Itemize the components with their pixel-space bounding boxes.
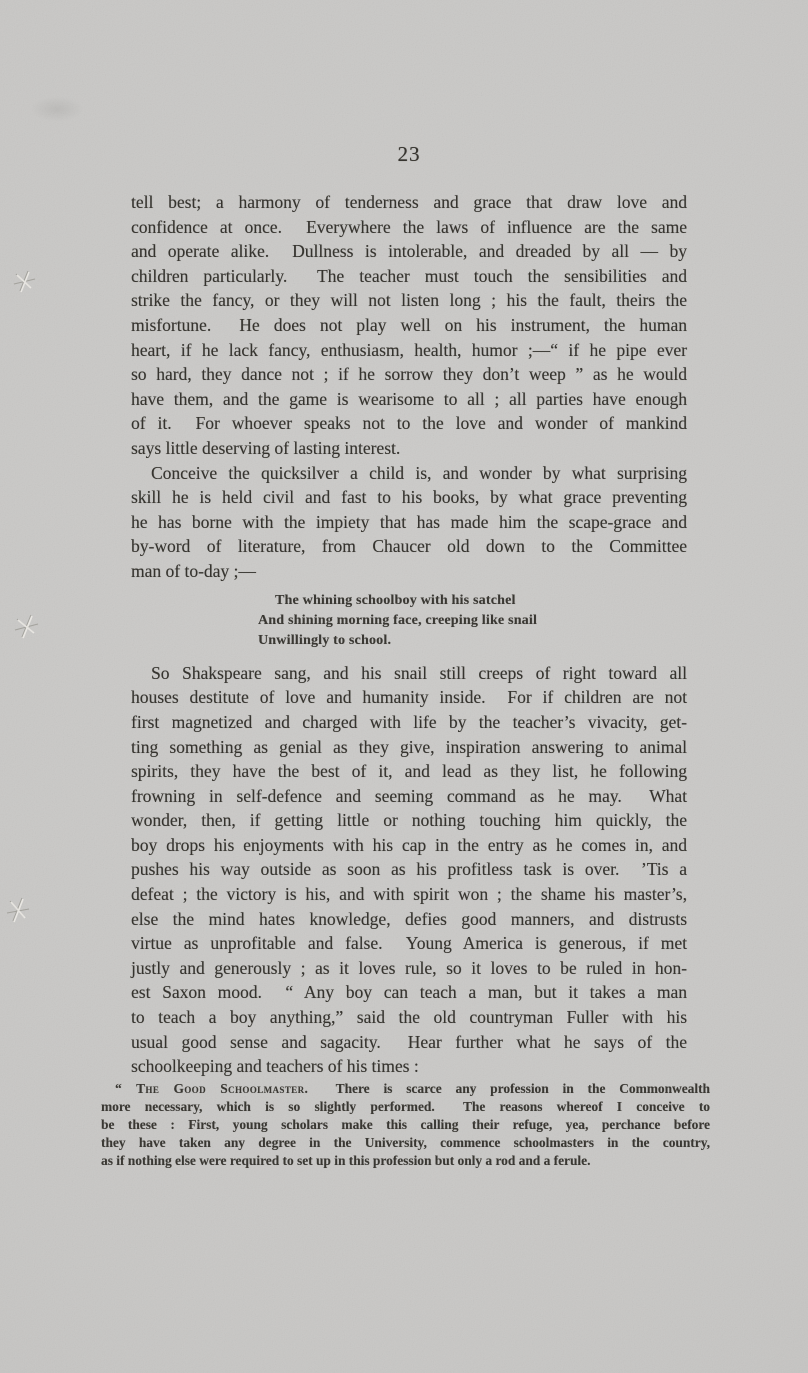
text-line: heart, if he lack fancy, enthusiasm, hea… [131, 338, 687, 363]
footnote-line: they have taken any degree in the Univer… [101, 1134, 710, 1152]
text-line: defeat ; the victory is his, and with sp… [131, 882, 687, 907]
text-line: and operate alike. Dullness is intolerab… [131, 239, 687, 264]
text-line: else the mind hates knowledge, defies go… [131, 907, 687, 932]
footnote-line: as if nothing else were required to set … [101, 1152, 710, 1170]
text-line: And shining morning face, creeping like … [258, 611, 687, 631]
paragraph: tell best; a harmony of tenderness and g… [131, 190, 687, 461]
text-line: skill he is held civil and fast to his b… [131, 485, 687, 510]
text-line: ting something as genial as they give, i… [131, 735, 687, 760]
text-line: So Shakspeare sang, and his snail still … [131, 661, 687, 686]
text-line: he has borne with the impiety that has m… [131, 510, 687, 535]
text-line: pushes his way outside as soon as his pr… [131, 857, 687, 882]
text-line: tell best; a harmony of tenderness and g… [131, 190, 687, 215]
paper-crease-mark [5, 894, 33, 931]
text-line: spirits, they have the best of it, and l… [131, 759, 687, 784]
text-line: so hard, they dance not ; if he sorrow t… [131, 362, 687, 387]
text-line: of it. For whoever speaks not to the lov… [131, 411, 687, 436]
text-line: by-word of literature, from Chaucer old … [131, 534, 687, 559]
text-line: est Saxon mood. “ Any boy can teach a ma… [131, 980, 687, 1005]
text-block: tell best; a harmony of tenderness and g… [131, 190, 687, 1079]
paragraph: So Shakspeare sang, and his snail still … [131, 661, 687, 1079]
footnote-heading: “ The Good Schoolmaster. [115, 1081, 308, 1096]
paper-crease-mark [13, 610, 41, 647]
text-line: children particularly. The teacher must … [131, 264, 687, 289]
text-line: boy drops his enjoyments with his cap in… [131, 833, 687, 858]
text-line: wonder, then, if getting little or nothi… [131, 808, 687, 833]
text-line: schoolkeeping and teachers of his times … [131, 1054, 687, 1079]
footnote-line: more necessary, which is so slightly per… [101, 1098, 710, 1116]
text-line: virtue as unprofitable and false. Young … [131, 931, 687, 956]
paper-smudge [22, 92, 92, 126]
text-line: first magnetized and charged with life b… [131, 710, 687, 735]
text-line: The whining schoolboy with his satchel [258, 591, 687, 611]
verse-quote: The whining schoolboy with his satchelAn… [258, 591, 687, 652]
text-line: says little deserving of lasting interes… [131, 436, 687, 461]
text-line: Unwillingly to school. [258, 631, 687, 651]
text-line: justly and generously ; as it loves rule… [131, 956, 687, 981]
text-line: misfortune. He does not play well on his… [131, 313, 687, 338]
text-line: usual good sense and sagacity. Hear furt… [131, 1030, 687, 1055]
paragraph: Conceive the quicksilver a child is, and… [131, 461, 687, 584]
book-page: 23 tell best; a harmony of tenderness an… [0, 0, 808, 1373]
text-line: to teach a boy anything,” said the old c… [131, 1005, 687, 1030]
text-line: man of to-day ;— [131, 559, 687, 584]
text-line: have them, and the game is wearisome to … [131, 387, 687, 412]
footnote-line: “ The Good Schoolmaster. There is scarce… [101, 1080, 710, 1098]
text-line: Conceive the quicksilver a child is, and… [131, 461, 687, 486]
text-line: confidence at once. Everywhere the laws … [131, 215, 687, 240]
footnote-line: be these : First, young scholars make th… [101, 1116, 710, 1134]
footnote-text: There is scarce any profession in the Co… [308, 1081, 710, 1096]
text-line: strike the fancy, or they will not liste… [131, 288, 687, 313]
text-line: frowning in self-defence and seeming com… [131, 784, 687, 809]
footnote: “ The Good Schoolmaster. There is scarce… [101, 1080, 710, 1170]
page-number: 23 [131, 142, 687, 167]
text-line: houses destitute of love and humanity in… [131, 685, 687, 710]
paper-crease-mark [12, 266, 38, 301]
